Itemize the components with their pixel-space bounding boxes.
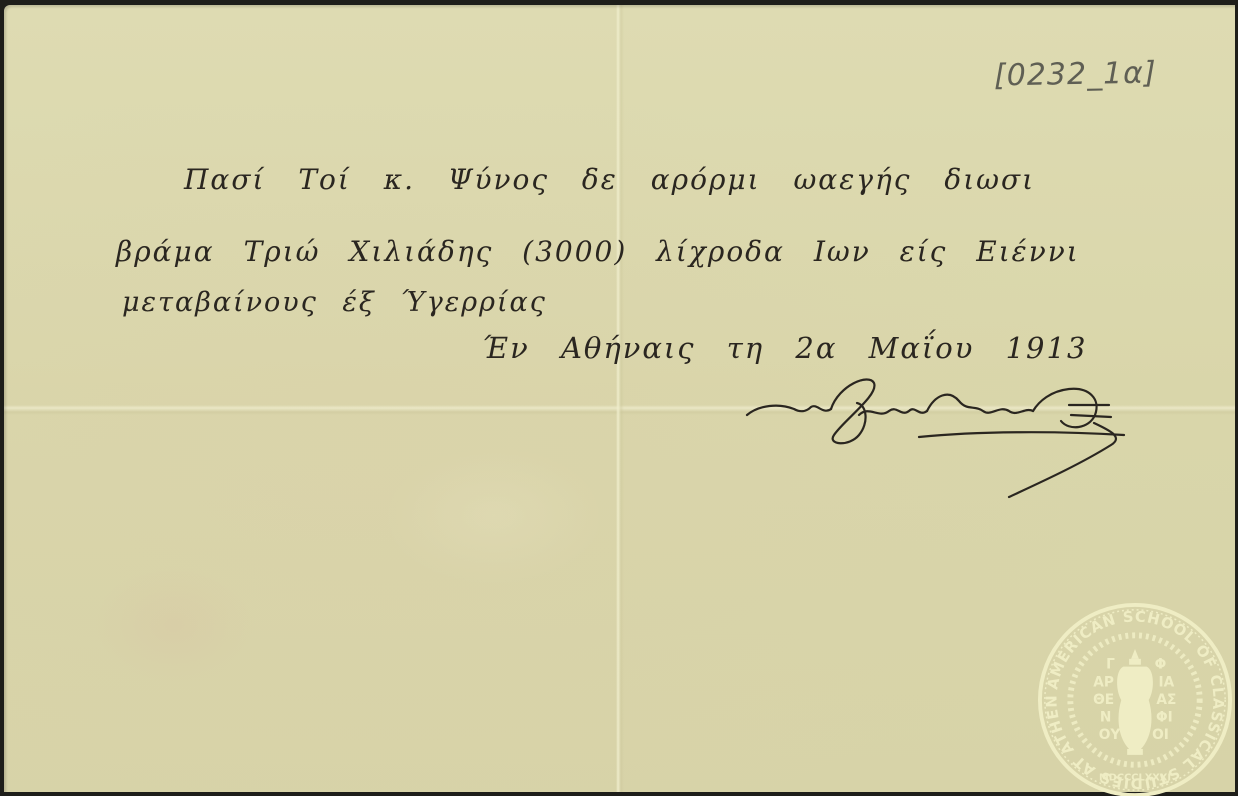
seal-emblem-icon: AMERICAN SCHOOL OF CLASSICAL STUDIES AT … [1037, 602, 1233, 796]
date-line: Έν Αθήναις τη 2α Μαΐου 1913 [482, 331, 1087, 365]
archive-reference-code: [0232_1α] [994, 56, 1157, 94]
paper-stain [94, 565, 254, 685]
seal-letter: Γ [1106, 657, 1115, 673]
seal-letter: ΑΣ [1156, 692, 1176, 708]
document-page: [0232_1α] Πασί Τοί κ. Ψύνος δε αρόρμι ωα… [4, 5, 1235, 792]
seal-letter: ΘΕ [1093, 692, 1114, 708]
seal-letter: ΦΙ [1156, 710, 1173, 726]
letter-line-1: Πασί Τοί κ. Ψύνος δε αρόρμι ωαεγής διωσι [184, 163, 1035, 196]
letter-line-2: βράμα Τριώ Χιλιάδης (3000) λίχροδα Ιων ε… [116, 235, 1080, 268]
seal-letter: Φ [1155, 657, 1167, 673]
letter-line-3: μεταβαίνους έξ Ύγερρίας [122, 287, 547, 318]
seal-letter: ΟΙ [1152, 727, 1169, 743]
seal-letter: Ν [1100, 710, 1111, 726]
paper-stain [384, 445, 604, 585]
seal-letter: ΑΡ [1093, 674, 1114, 690]
seal-date-text: MDCCCLXXXI [1099, 772, 1171, 783]
seal-letter: ΟΥ [1099, 727, 1122, 743]
embossed-seal: AMERICAN SCHOOL OF CLASSICAL STUDIES AT … [1037, 602, 1233, 796]
seal-letter: ΙΑ [1158, 674, 1174, 690]
handwritten-signature: [handwritten signature] [739, 375, 1139, 505]
